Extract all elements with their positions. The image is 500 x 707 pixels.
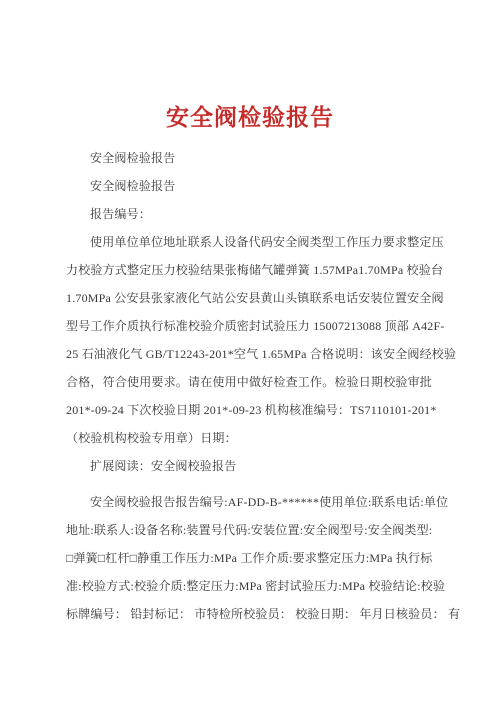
text-line: 合格，符合使用要求。请在使用中做好检查工作。检验日期校验审批 <box>66 368 434 396</box>
text-line: 使用单位单位地址联系人设备代码安全阀类型工作压力要求整定压 <box>66 228 434 256</box>
text-line: 力校验方式整定压力校验结果张梅储气罐弹簧 1.57MPa1.70MPa 校验台 <box>66 256 434 284</box>
intro-line-1: 安全阀检验报告 <box>66 144 434 172</box>
text-line: 地址:联系人:设备名称:装置号代码:安装位置:安全阀型号:安全阀类型: <box>66 516 434 544</box>
document-title: 安全阀检验报告 <box>0 104 500 132</box>
document-body: 安全阀检验报告 安全阀检验报告 报告编号： 使用单位单位地址联系人设备代码安全阀… <box>66 144 434 628</box>
text-line: 型号工作介质执行标准校验介质密封试验压力 15007213088 顶部 A42F… <box>66 312 434 340</box>
text-line: 安全阀校验报告报告编号:AF-DD-B-******使用单位:联系电话:单位 <box>66 488 434 516</box>
report-paragraph: 使用单位单位地址联系人设备代码安全阀类型工作压力要求整定压 力校验方式整定压力校… <box>66 228 434 452</box>
text-line: □弹簧□杠杆□静重工作压力:MPa 工作介质:要求整定压力:MPa 执行标 <box>66 544 434 572</box>
intro-line-2: 安全阀检验报告 <box>66 172 434 200</box>
text-line: 标牌编号： 铅封标记： 市特检所校验员： 校验日期： 年月日核验员： 有 <box>66 600 434 628</box>
extended-reading-line: 扩展阅读：安全阀校验报告 <box>66 452 434 480</box>
text-line: 25 石油液化气 GB/T12243-201*空气 1.65MPa 合格说明：该… <box>66 340 434 368</box>
form-paragraph: 安全阀校验报告报告编号:AF-DD-B-******使用单位:联系电话:单位 地… <box>66 488 434 628</box>
document-page: 安全阀检验报告 安全阀检验报告 安全阀检验报告 报告编号： 使用单位单位地址联系… <box>0 0 500 707</box>
text-line: 准:校验方式:校验介质:整定压力:MPa 密封试验压力:MPa 校验结论:校验 <box>66 572 434 600</box>
text-line: 1.70MPa 公安县张家液化气站公安县黄山头镇联系电话安装位置安全阀 <box>66 284 434 312</box>
text-line: 201*-09-24 下次校验日期 201*-09-23 机构核准编号：TS71… <box>66 396 434 424</box>
report-number-label: 报告编号： <box>66 200 434 228</box>
text-line: （校验机构校验专用章）日期： <box>66 424 434 452</box>
